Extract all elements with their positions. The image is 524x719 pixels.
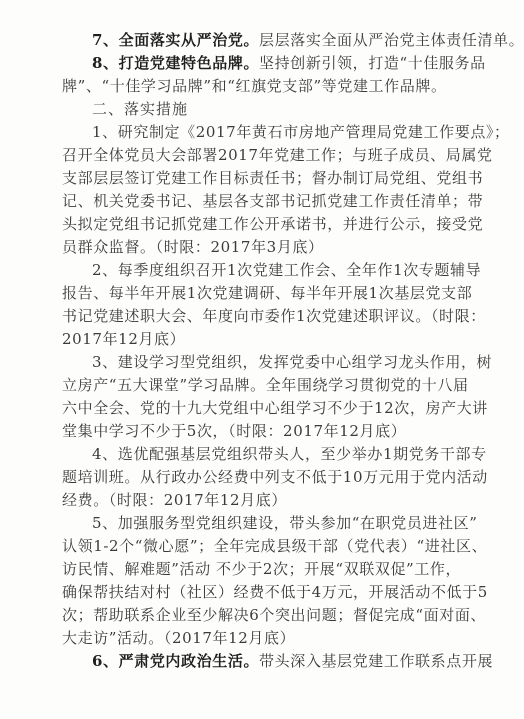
item-7-heading: 7、全面落实从严治党。 (92, 31, 259, 49)
measure-5-line: 访民情、解难题”活动 不少于2次；开展“双联双促”工作， (62, 558, 460, 580)
item-8-continuation: 牌”、“十佳学习品牌”和“红旗党支部”等党建工作品牌。 (62, 75, 460, 97)
measure-4-line: 题培训班。从行政办公经费中列支不低于10万元用于党内活动 (62, 466, 460, 488)
measure-1-line: 召开全体党员大会部署2017年党建工作；与班子成员、局属党 (62, 144, 460, 166)
measure-6-line: 6、严肃党内政治生活。带头深入基层党建工作联系点开展 (92, 650, 460, 672)
measure-4-deadline: 经费。（时限：2017年12月底） (62, 489, 460, 511)
item-7-text: 层层落实全面从严治党主体责任清单。 (259, 31, 524, 49)
measure-3-line: 3、建设学习型党组织，发挥党委中心组学习龙头作用，树 (92, 351, 460, 373)
measure-1-line: 1、研究制定《2017年黄石市房地产管理局党建工作要点》； (92, 121, 460, 143)
measure-2-line: 书记党建述职大会、年度向市委作1次党建述职评议。（时限： (62, 305, 460, 327)
measure-5-line: 确保帮扶结对村（社区）经费不低于4万元，开展活动不低于5 (62, 581, 460, 603)
measure-2-line: 报告、每半年开展1次党建调研、每半年开展1次基层党支部 (62, 282, 460, 304)
measure-1-line: 记、机关党委书记、基层各支部书记抓党建工作责任清单；带 (62, 190, 460, 212)
measure-1-line: 头拟定党组书记抓党建工作公开承诺书，并进行公示，接受党 (62, 213, 460, 235)
measure-2-line: 2、每季度组织召开1次党建工作会、全年作1次专题辅导 (92, 259, 460, 281)
document-page: 7、全面落实从严治党。层层落实全面从严治党主体责任清单。 8、打造党建特色品牌。… (0, 0, 524, 719)
measure-3-deadline: 堂集中学习不少于5次，（时限：2017年12月底） (62, 420, 460, 442)
measure-5-line: 认领1-2个“微心愿”；全年完成县级干部（党代表）“进社区、 (62, 535, 460, 557)
measure-6-heading: 6、严肃党内政治生活。 (92, 652, 259, 670)
measure-4-line: 4、选优配强基层党组织带头人，至少举办1期党务干部专 (92, 443, 460, 465)
measure-3-line: 立房产“五大课堂”学习品牌。全年围绕学习贯彻党的十八届 (62, 374, 460, 396)
measure-6-text: 带头深入基层党建工作联系点开展 (259, 652, 493, 670)
item-8-text: 坚持创新引领，打造“十佳服务品 (259, 54, 486, 72)
item-7-line: 7、全面落实从严治党。层层落实全面从严治党主体责任清单。 (92, 29, 460, 51)
measure-5-deadline: 大走访”活动。（2017年12月底） (62, 627, 460, 649)
measure-3-line: 六中全会、党的十九大党组中心组学习不少于12次，房产大讲 (62, 397, 460, 419)
measure-1-deadline: 员群众监督。（时限：2017年3月底） (62, 236, 460, 258)
measure-5-line: 次；帮助联系企业至少解决6个突出问题；督促完成“面对面、 (62, 604, 460, 626)
item-8-line: 8、打造党建特色品牌。坚持创新引领，打造“十佳服务品 (92, 52, 460, 74)
measure-1-line: 支部层层签订党建工作目标责任书；督办制订局党组、党组书 (62, 167, 460, 189)
measure-5-line: 5、加强服务型党组织建设，带头参加“在职党员进社区” (92, 512, 460, 534)
section-heading-measures: 二、落实措施 (92, 98, 460, 120)
item-8-heading: 8、打造党建特色品牌。 (92, 54, 259, 72)
measure-2-deadline: 2017年12月底） (62, 328, 460, 350)
